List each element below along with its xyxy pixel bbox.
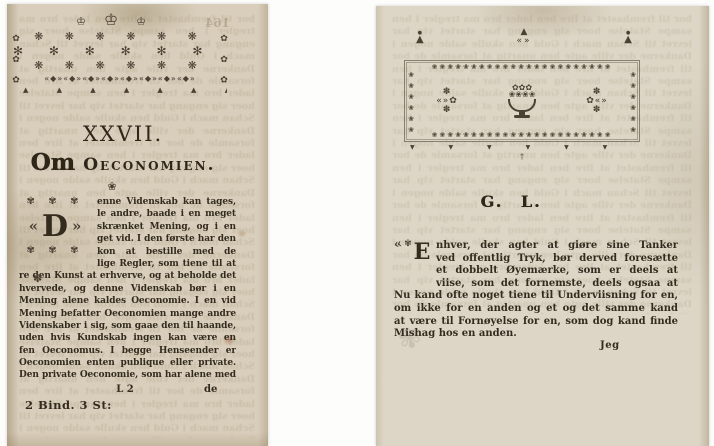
floral-sprig-icon: ✽ ✿«» ✽: [571, 88, 623, 115]
text-line: re den Kunst at erhverve, og at beholde …: [19, 270, 236, 282]
star-lattice-row: ❋ ❋ ❋ ❋ ❋ ❋: [13, 31, 227, 42]
text-line: ved offentlig Tryk, bør derved foresætte…: [436, 253, 678, 266]
drop-cap-letter: E: [414, 240, 431, 264]
text-line: Mishag hos en anden.: [394, 328, 678, 341]
sprig-flourish-icon: ✾: [404, 240, 412, 248]
flourish-icon: »: [72, 219, 81, 234]
crown-icon: ♔: [136, 15, 164, 28]
finial-ornament-row: ● ▲ ▲ «» ● ▲: [416, 28, 632, 45]
ornament-border: ❀❀❀❀❀❀❀❀❀❀❀❀❀❀❀❀❀❀❀❀❀❀❀: [407, 131, 637, 139]
text-line: hvervede, og denne Videnskab bør i en st…: [19, 283, 236, 295]
triangle-fringe: ▲ ▲ ▲ ▲ ▲ ▲ ▲ ▲ ▲ ▲: [13, 87, 227, 94]
crown-row: ♔♔♔: [13, 12, 227, 28]
chapter-number: XXVII.: [7, 122, 239, 146]
left-book-page: bor til fremhastet at lire ben lader bro…: [7, 4, 268, 446]
book-scan: bor til fremhastet at lire ben lader bro…: [0, 0, 714, 446]
wreath-bottom-icons: ✾ ✾ ✾: [19, 246, 91, 256]
page-title: Om Oeconomien.: [7, 147, 239, 176]
crown-icon: ♔: [104, 10, 136, 29]
text-line: om ikke for en anden og et og det samme …: [394, 303, 678, 316]
crown-icon: ♔: [76, 15, 104, 28]
text-line: kon at bestille med de alminde-: [97, 246, 236, 258]
ornament-border: ❀❀❀❀❀❀: [629, 71, 637, 131]
tree-ornament-icon: ● ▲: [624, 31, 632, 45]
title-caps: Oeconomien.: [83, 155, 215, 175]
tree-ornament-icon: ● ▲: [416, 31, 424, 45]
text-line: le andre, baade i en meget ind-: [97, 208, 236, 220]
ornament-border: ❀❀❀❀❀❀❀❀❀❀❀❀❀❀❀❀❀❀❀❀❀❀❀: [407, 63, 637, 71]
text-line: Videnskaber i sig, som gaae den til haan…: [19, 320, 236, 332]
flower-ornament-icon: ❀: [7, 180, 217, 193]
text-line: enne Videnskab kan tages, som al-: [97, 196, 236, 208]
headpiece-ornament-box: ❀❀❀❀❀❀❀❀❀❀❀❀❀❀❀❀❀❀❀❀❀❀❀ ❀❀❀❀❀❀❀❀❀❀❀❀❀❀❀❀…: [404, 60, 640, 142]
text-line: at være til Fornøyelse for en, som dog k…: [394, 316, 678, 329]
ornament-border: ❀❀❀❀❀❀: [407, 71, 415, 131]
body-text: « ✾ E nhver, der agter at giøre sine Tan…: [394, 240, 678, 341]
sprig-ornament-icon: ✽: [33, 272, 42, 285]
drop-cap-block: « ✾ E: [394, 240, 436, 279]
chain-band: «◆»«◆»«◆»«◆»«◆»«◆»«◆»«◆»: [13, 75, 227, 83]
body-text: ✾ ✾ ✾ « D » ✾ ✾ ✾ enne Videnskab kan tag…: [19, 196, 236, 382]
text-line: viise, som det fornemste, deels ogsaa at…: [436, 278, 678, 291]
text-line: et dobbelt Øyemærke, som er deels at und…: [436, 265, 678, 278]
title-blackletter: Om: [30, 149, 74, 176]
text-line: Den private Oeconomie, som har alene med: [19, 369, 236, 381]
text-line: Mening alene kaldes Oeconomie. I en vid: [19, 295, 236, 307]
text-line: fen Oeconomus. I begge Henseender er: [19, 345, 236, 357]
text-line: uden hvis Kundskab ingen kan være en ret…: [19, 332, 236, 344]
catchword: de: [204, 384, 217, 395]
signature-mark: L 2: [103, 384, 147, 395]
text-line: lige Regler, som tiene til at læ-: [97, 258, 236, 270]
drop-cap-letter: D: [42, 209, 68, 244]
text-line: skrænket Mening, og i en me-: [97, 221, 236, 233]
text-line: Mening befatter Oeconomien mange andre: [19, 308, 236, 320]
star-lattice-row: ✻ ✻ ✻ ✻ ✻ ✻ ✻: [13, 45, 227, 57]
headpiece-ornament: ♔♔♔ ❋ ❋ ❋ ❋ ❋ ❋ ✻ ✻ ✻ ✻ ✻ ✻ ✻ ❋ ❋ ❋ ❋ ❋ …: [13, 12, 227, 94]
wreath-top-icons: ✾ ✾ ✾: [19, 197, 91, 207]
floral-column-icon: ✿ ✿ ✿: [219, 34, 229, 90]
drop-cap-wreath: ✾ ✾ ✾ « D » ✾ ✾ ✾: [19, 197, 91, 269]
section-heading: G. L.: [376, 192, 646, 211]
right-book-page: bor til fremhastet at lire ben lader bro…: [376, 6, 709, 446]
text-line: get vid. I den første har den: [97, 233, 236, 245]
dagger-ornament-icon: †: [404, 152, 640, 161]
floral-column-icon: ✿ ✿ ✿: [11, 34, 21, 90]
star-lattice-row: ❋ ❋ ❋ ❋ ❋ ❋: [13, 60, 227, 71]
flourish-icon: «: [29, 219, 38, 234]
curl-finial-icon: ▲ «»: [516, 28, 531, 45]
flourish-icon: «: [393, 239, 403, 250]
catchword: Jeg: [600, 340, 620, 351]
text-line: nhver, der agter at giøre sine Tanker be…: [436, 240, 678, 253]
pendant-fringe: ▼ ▼ ▼ ▼ ▼ ▼ ▼ ▼ ▼ ▼: [410, 144, 640, 151]
text-line: Nu kand ofte noget tiene til Underviisni…: [394, 290, 678, 303]
flower-vase-icon: ✿✿✿ ❀❀❀❀: [487, 84, 557, 118]
floral-sprig-icon: ✽ «»✿ ✽: [421, 88, 473, 115]
text-line: Oeconomien enten publique eller private.: [19, 357, 236, 369]
volume-footer: 2 Bind. 3 St:: [25, 398, 112, 412]
